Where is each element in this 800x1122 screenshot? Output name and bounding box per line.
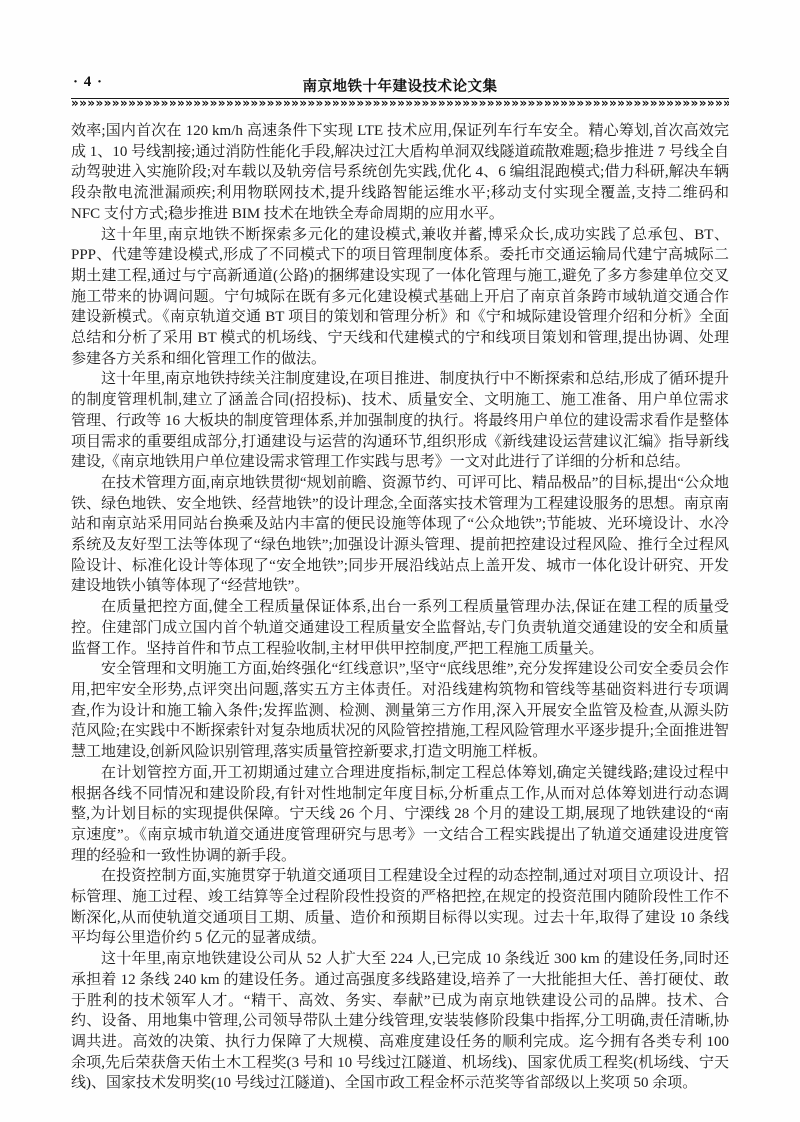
paragraph-continuation: 效率;国内首次在 120 km/h 高速条件下实现 LTE 技术应用,保证列车行…: [71, 121, 729, 225]
paragraph: 这十年里,南京地铁不断探索多元化的建设模式,兼收并蓄,博采众长,成功实践了总承包…: [71, 225, 729, 370]
document-page: · 4 · 南京地铁十年建设技术论文集 »»»»»»»»»»»»»»»»»»»»…: [0, 0, 800, 1122]
decorative-divider: »»»»»»»»»»»»»»»»»»»»»»»»»»»»»»»»»»»»»»»»…: [71, 98, 729, 109]
paragraph: 在技术管理方面,南京地铁贯彻“规划前瞻、资源节约、可评可比、精品极品”的目标,提…: [71, 473, 729, 597]
page-header: · 4 · 南京地铁十年建设技术论文集: [71, 74, 729, 95]
paragraph: 安全管理和文明施工方面,始终强化“红线意识”,坚守“底线思维”,充分发挥建设公司…: [71, 659, 729, 763]
paragraph: 在计划管控方面,开工初期通过建立合理进度指标,制定工程总体筹划,确定关键线路;建…: [71, 763, 729, 867]
paragraph: 在质量把控方面,健全工程质量保证体系,出台一系列工程质量管理办法,保证在建工程的…: [71, 597, 729, 659]
paragraph: 在投资控制方面,实施贯穿于轨道交通项目工程建设全过程的动态控制,通过对项目立项设…: [71, 866, 729, 949]
body-text: 效率;国内首次在 120 km/h 高速条件下实现 LTE 技术应用,保证列车行…: [71, 121, 729, 1094]
header-title: 南京地铁十年建设技术论文集: [71, 75, 729, 96]
paragraph: 这十年里,南京地铁建设公司从 52 人扩大至 224 人,已完成 10 条线近 …: [71, 949, 729, 1094]
paragraph: 这十年里,南京地铁持续关注制度建设,在项目推进、制度执行中不断探索和总结,形成了…: [71, 369, 729, 473]
